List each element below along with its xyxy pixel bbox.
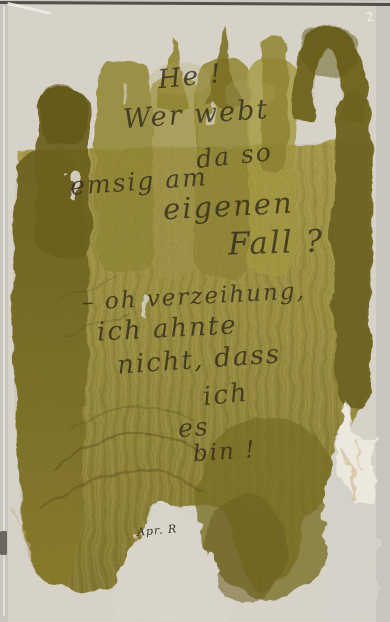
poem-line: bin ! <box>192 439 257 466</box>
brush-painting <box>0 0 390 622</box>
poem-line: es <box>177 414 210 441</box>
poem-line: ich ahnte <box>96 312 238 345</box>
poem-line: ich <box>202 380 250 411</box>
mat-left-highlight <box>3 6 5 616</box>
photo: He ! Wer webt da so emsig am eigenen Fal… <box>0 0 390 622</box>
poem-line: He ! <box>157 61 224 94</box>
poem-line: eigenen <box>162 189 294 225</box>
edge-notch <box>0 531 7 555</box>
poem-line: Fall ? <box>227 226 324 260</box>
